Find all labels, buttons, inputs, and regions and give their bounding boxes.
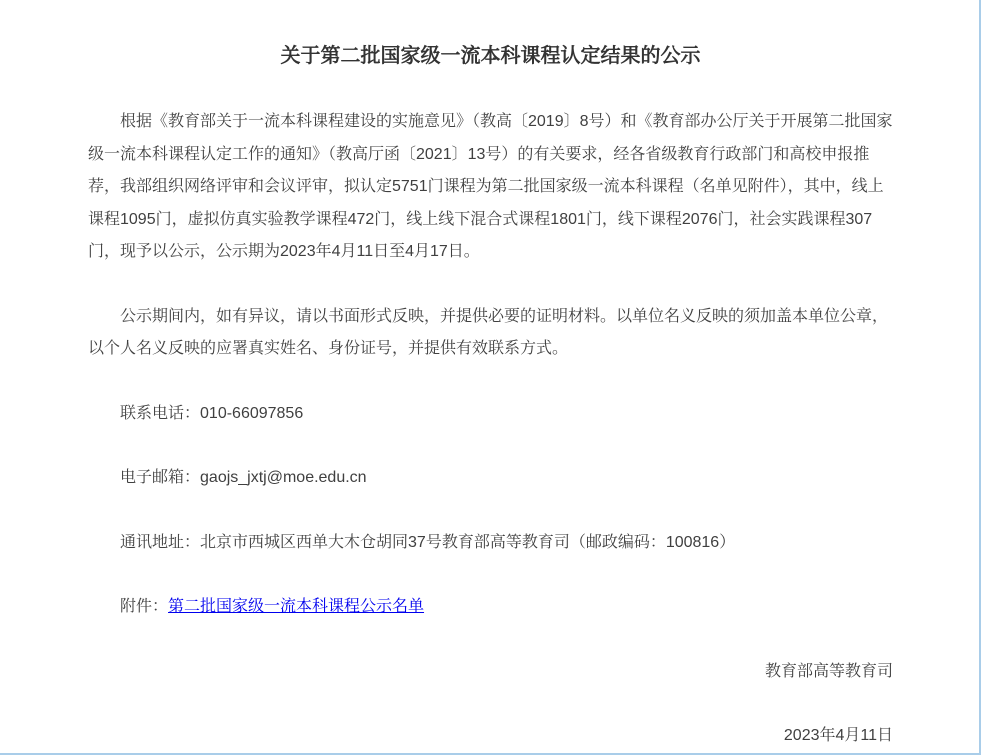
page-title: 关于第二批国家级一流本科课程认定结果的公示 bbox=[88, 42, 893, 70]
contact-phone-line: 联系电话：010-66097856 bbox=[88, 398, 893, 431]
signature-date: 2023年4月11日 bbox=[88, 720, 893, 753]
contact-phone-label: 联系电话： bbox=[120, 405, 200, 422]
attachment-link[interactable]: 第二批国家级一流本科课程公示名单 bbox=[168, 598, 424, 615]
contact-phone-value: 010-66097856 bbox=[200, 405, 303, 422]
paragraph-objection-notice: 公示期间内，如有异议，请以书面形式反映，并提供必要的证明材料。以单位名义反映的须… bbox=[88, 301, 893, 366]
announcement-page: 关于第二批国家级一流本科课程认定结果的公示 根据《教育部关于一流本科课程建设的实… bbox=[0, 0, 981, 755]
contact-address-value: 北京市西城区西单大木仓胡同37号教育部高等教育司（邮政编码：100816） bbox=[200, 534, 735, 551]
contact-email-label: 电子邮箱： bbox=[120, 469, 200, 486]
attachment-label: 附件： bbox=[120, 598, 168, 615]
paragraph-intro: 根据《教育部关于一流本科课程建设的实施意见》（教高〔2019〕8号）和《教育部办… bbox=[88, 106, 893, 269]
contact-address-label: 通讯地址： bbox=[120, 534, 200, 551]
contact-email-value: gaojs_jxtj@moe.edu.cn bbox=[200, 469, 367, 486]
attachment-line: 附件：第二批国家级一流本科课程公示名单 bbox=[88, 591, 893, 624]
signature-department: 教育部高等教育司 bbox=[88, 656, 893, 689]
contact-address-line: 通讯地址：北京市西城区西单大木仓胡同37号教育部高等教育司（邮政编码：10081… bbox=[88, 527, 893, 560]
contact-email-line: 电子邮箱：gaojs_jxtj@moe.edu.cn bbox=[88, 462, 893, 495]
